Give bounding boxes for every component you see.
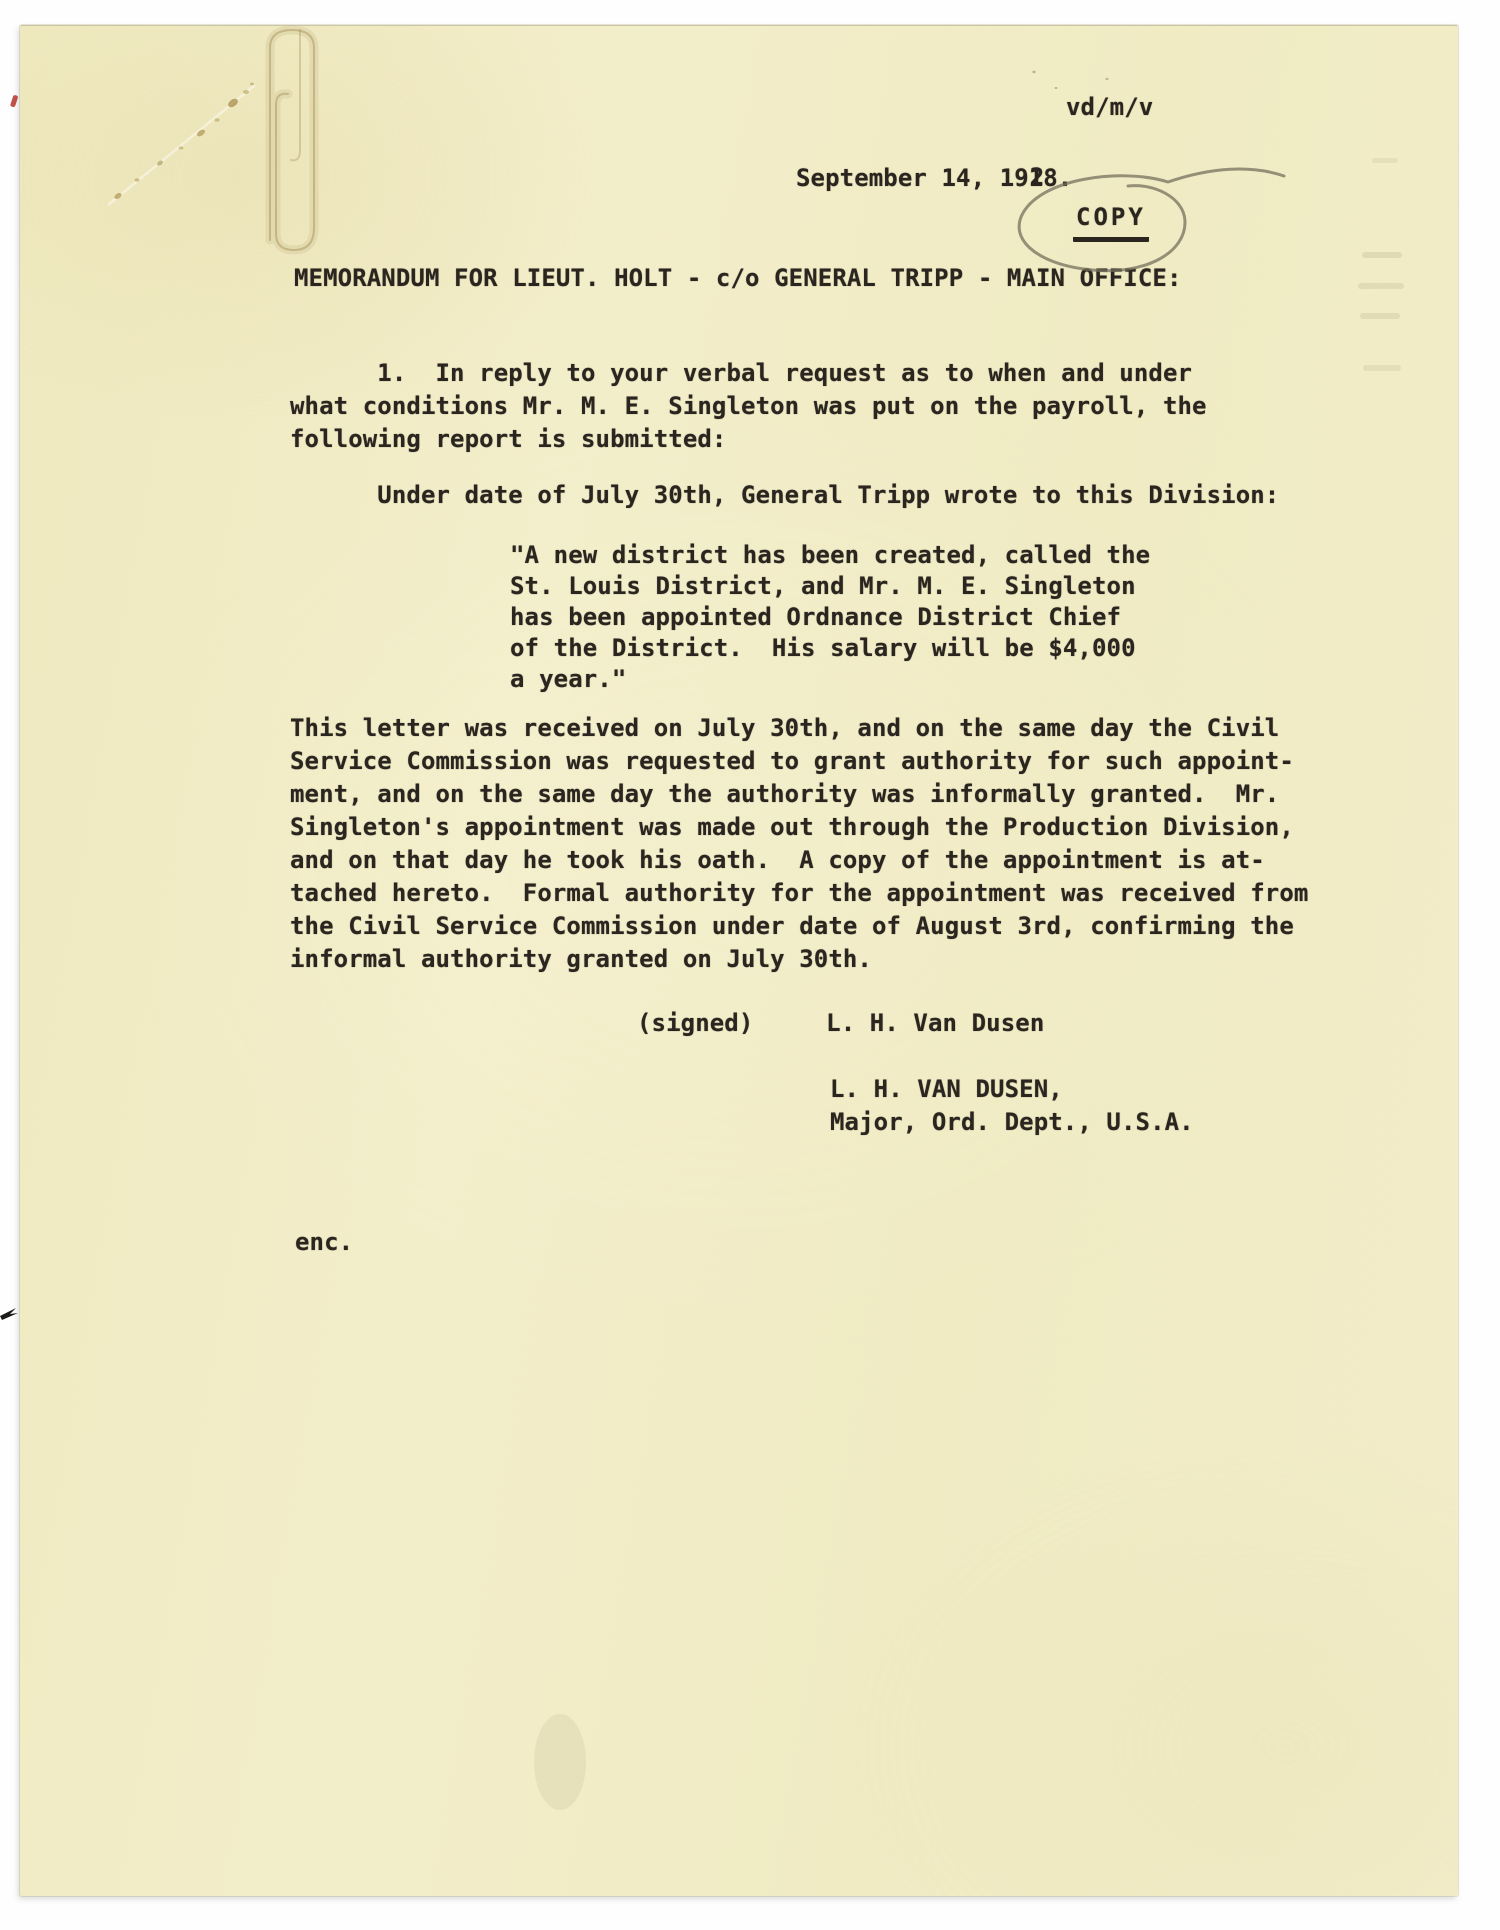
copy-stamp: COPY: [1073, 201, 1149, 242]
signed-line: (signed) L. H. Van Dusen: [637, 1007, 1044, 1040]
paragraph-under-date: Under date of July 30th, General Tripp w…: [290, 479, 1279, 512]
memo-heading: MEMORANDUM FOR LIEUT. HOLT - c/o GENERAL…: [294, 262, 1182, 295]
typist-initials: vd/m/v: [1066, 91, 1153, 124]
copy-stamp-word: COPY: [1073, 201, 1149, 242]
quoted-letter-block: "A new district has been created, called…: [510, 540, 1150, 695]
paragraph-letter-received: This letter was received on July 30th, a…: [290, 712, 1308, 976]
typed-text-layer: vd/m/v September 14, 19128. COPY MEMORAN…: [0, 0, 1500, 1930]
date-overstruck-character: 12: [1029, 162, 1043, 195]
date-line: September 14, 19128.: [796, 162, 1072, 195]
signature-name: L. H. VAN DUSEN,: [830, 1073, 1063, 1106]
date-prefix: September 14, 19: [796, 164, 1029, 192]
enclosure-note: enc.: [295, 1226, 353, 1259]
date-suffix: 8.: [1043, 164, 1072, 192]
paragraph-reply: 1. In reply to your verbal request as to…: [290, 357, 1207, 456]
scan-background: vd/m/v September 14, 19128. COPY MEMORAN…: [0, 0, 1500, 1930]
signature-title: Major, Ord. Dept., U.S.A.: [830, 1106, 1194, 1139]
